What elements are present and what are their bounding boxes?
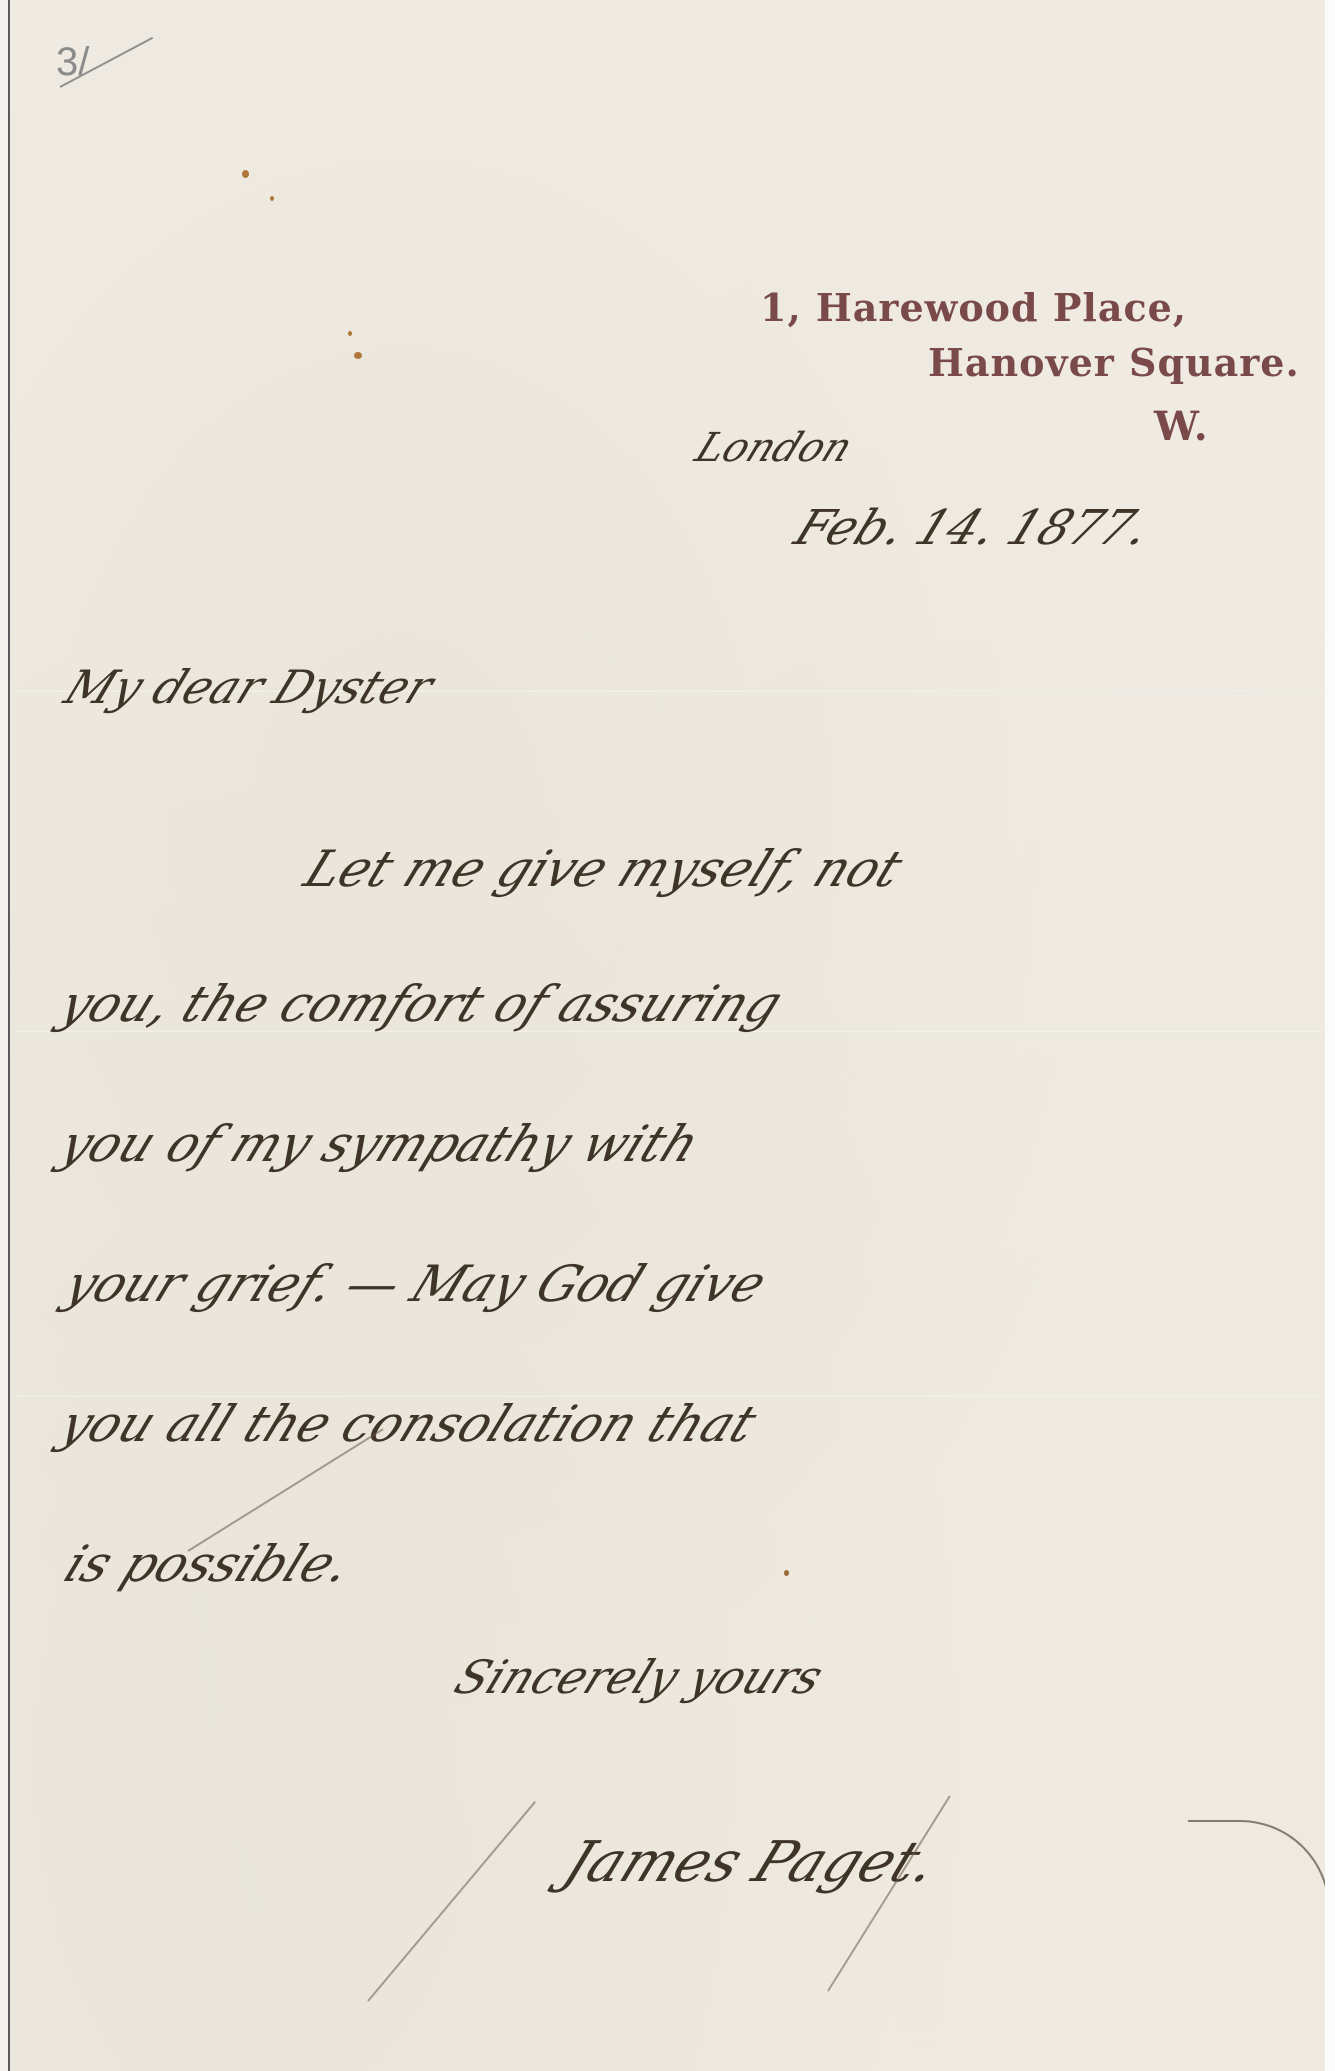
ink-stain — [354, 352, 362, 359]
letterhead-postal-district: W. — [1154, 403, 1209, 450]
body-line: you, the comfort of assuring — [51, 975, 791, 1033]
scan-margin — [1325, 0, 1335, 2071]
signature-descender-stroke — [367, 1801, 536, 2001]
body-line: is possible. — [56, 1535, 360, 1593]
salutation: My dear Dyster — [57, 660, 441, 714]
body-line: Let me give myself, not — [296, 840, 911, 898]
letter-page: 3/ 1, Harewood Place, Hanover Square. W.… — [8, 0, 1326, 2071]
letter-place: London — [689, 425, 859, 471]
ink-stain — [784, 1570, 789, 1576]
letter-date: Feb. 14. 1877. — [787, 500, 1159, 556]
body-line: you of my sympathy with — [51, 1115, 708, 1173]
ink-stain — [348, 331, 352, 336]
body-line: your grief. — May God give — [56, 1255, 775, 1313]
ink-stain — [242, 170, 249, 178]
signature-flourish — [1188, 1820, 1330, 1912]
ink-stain — [270, 196, 274, 201]
body-line: you all the consolation that — [51, 1395, 765, 1453]
letterhead-address-line-2: Hanover Square. — [928, 340, 1300, 385]
letterhead-address-line-1: 1, Harewood Place, — [760, 285, 1187, 330]
closing: Sincerely yours — [447, 1650, 831, 1704]
signature: James Paget. — [555, 1830, 948, 1895]
